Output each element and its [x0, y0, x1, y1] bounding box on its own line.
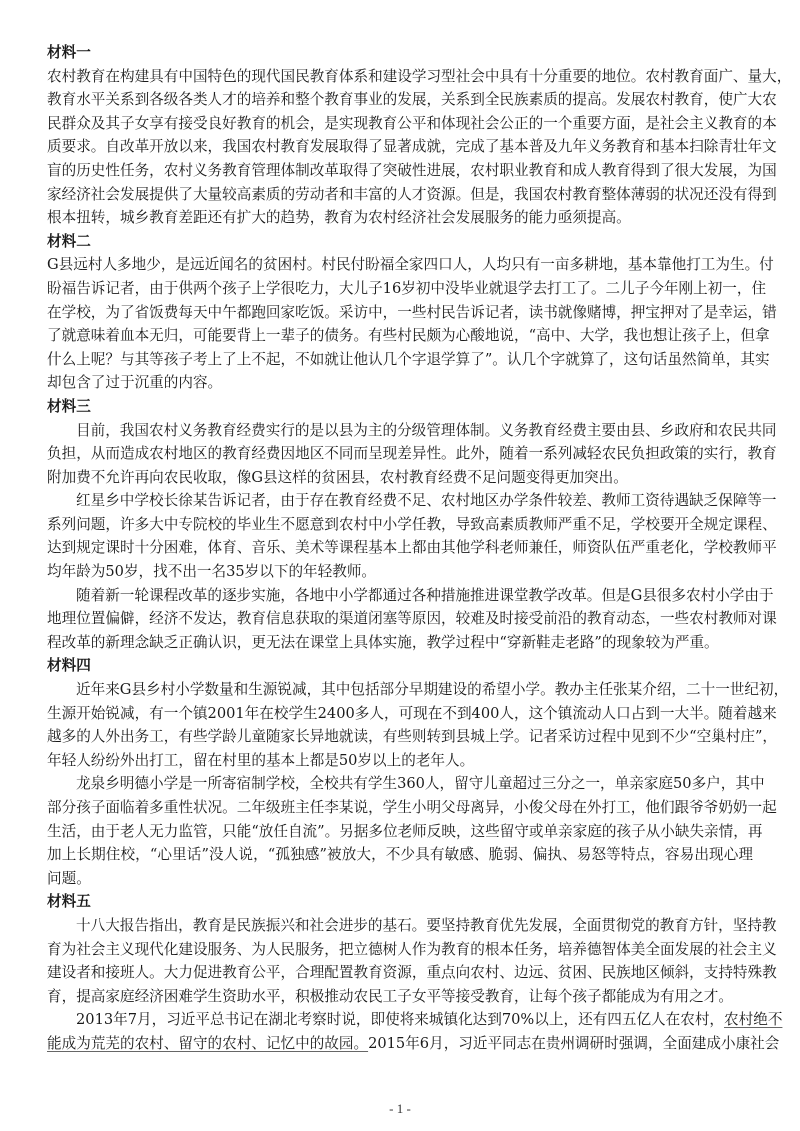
text-line: 生源开始锐减，有一个镇2001年在校学生2400多人，可现在不到400人，这个镇… [47, 702, 753, 726]
section-material-5: 材料五 十八大报告指出，教育是民族振兴和社会进步的基石。要坚持教育优先发展，全面… [47, 890, 753, 1055]
text-line: 教育水平关系到各级各类人才的培养和整个教育事业的发展，关系到全民族素质的提高。发… [47, 88, 753, 112]
section-material-4: 材料四 近年来G县乡村小学数量和生源锐减，其中包括部分早期建设的希望小学。教办主… [47, 654, 753, 890]
text-line: 红星乡中学校长徐某告诉记者，由于存在教育经费不足、农村地区办学条件较差、教师工资… [47, 489, 753, 513]
text-line: 家经济社会发展提供了大量较高素质的劳动者和丰富的人才资源。但是，我国农村教育整体… [47, 183, 753, 207]
text-line: 建设者和接班人。大力促进教育公平，合理配置教育资源，重点向农村、边远、贫困、民族… [47, 961, 753, 985]
text-line: 盲的历史性任务，农村义务教育管理体制改革取得了突破性进展，农村职业教育和成人教育… [47, 159, 753, 183]
paragraph: 红星乡中学校长徐某告诉记者，由于存在教育经费不足、农村地区办学条件较差、教师工资… [47, 489, 753, 583]
text-line: 农村教育在构建具有中国特色的现代国民教育体系和建设学习型社会中具有十分重要的地位… [47, 65, 753, 89]
text-line: 附加费不允许再向农民收取，像G县这样的贫困县，农村教育经费不足问题变得更加突出。 [47, 466, 753, 490]
text-line: 民群众及其子女享有接受良好教育的机会，是实现教育公平和体现社会公正的一个重要方面… [47, 112, 753, 136]
text-line: 地理位置偏僻，经济不发达，教育信息获取的渠道闭塞等原因，较难及时接受前沿的教育动… [47, 607, 753, 631]
text-line: 近年来G县乡村小学数量和生源锐减，其中包括部分早期建设的希望小学。教办主任张某介… [47, 678, 753, 702]
text-line: 越多的人外出务工，有些学龄儿童随家长异地就读，有些则转到县城上学。记者采访过程中… [47, 725, 753, 749]
text-line: 十八大报告指出，教育是民族振兴和社会进步的基石。要坚持教育优先发展，全面贯彻党的… [47, 914, 753, 938]
text-line: 了就意味着血本无归，可能要背上一辈子的债务。有些村民颇为心酸地说，“高中、大学，… [47, 324, 753, 348]
text-line: 目前，我国农村义务教育经费实行的是以县为主的分级管理体制。义务教育经费主要由县、… [47, 419, 753, 443]
text-line: 2013年7月，习近平总书记在湖北考察时说，即使将来城镇化达到70%以上，还有四… [47, 1008, 753, 1032]
text-line: 什么上呢？与其等孩子考上了上不起，不如就让他认几个字退学算了”。认几个字就算了，… [47, 348, 753, 372]
text-line: 龙泉乡明德小学是一所寄宿制学校，全校共有学生360人，留守儿童超过三分之一，单亲… [47, 772, 753, 796]
text-line: 加上长期住校，“心里话”没人说，“孤独感”被放大，不少具有敏感、脆弱、偏执、易怒… [47, 843, 753, 867]
text-line: 问题。 [47, 867, 753, 891]
section-material-1: 材料一 农村教育在构建具有中国特色的现代国民教育体系和建设学习型社会中具有十分重… [47, 41, 753, 230]
text-line: 盼福告诉记者，由于供两个孩子上学很吃力，大儿子16岁初中没毕业就退学去打工了。二… [47, 277, 753, 301]
text-line: 能成为荒芜的农村、留守的农村、记忆中的故园。2015年6月，习近平同志在贵州调研… [47, 1032, 753, 1056]
text-line: 均年龄为50岁，找不出一名35岁以下的年轻教师。 [47, 560, 753, 584]
underlined-quote: 能成为荒芜的农村、留守的农村、记忆中的故园。 [47, 1035, 368, 1052]
section-title: 材料四 [47, 654, 753, 678]
text-line: 质要求。自改革开放以来，我国农村教育发展取得了显著成就，完成了基本普及九年义务教… [47, 135, 753, 159]
paragraph: 2013年7月，习近平总书记在湖北考察时说，即使将来城镇化达到70%以上，还有四… [47, 1008, 753, 1055]
text-run: 2013年7月，习近平总书记在湖北考察时说，即使将来城镇化达到70%以上，还有四… [76, 1011, 724, 1028]
text-line: G县远村人多地少，是远近闻名的贫困村。村民付盼福全家四口人，人均只有一亩多耕地，… [47, 253, 753, 277]
paragraph: 随着新一轮课程改革的逐步实施，各地中小学都通过各种措施推进课堂教学改革。但是G县… [47, 584, 753, 655]
section-material-3: 材料三 目前，我国农村义务教育经费实行的是以县为主的分级管理体制。义务教育经费主… [47, 395, 753, 655]
paragraph: 龙泉乡明德小学是一所寄宿制学校，全校共有学生360人，留守儿童超过三分之一，单亲… [47, 772, 753, 890]
page-number: - 1 - [0, 1101, 800, 1117]
text-line: 程改革的新理念缺乏正确认识，更无法在课堂上具体实施，教学过程中“穿新鞋走老路”的… [47, 631, 753, 655]
section-title: 材料五 [47, 890, 753, 914]
text-line: 系列问题，许多大中专院校的毕业生不愿意到农村中小学任教，导致高素质教师严重不足，… [47, 513, 753, 537]
section-title: 材料一 [47, 41, 753, 65]
text-line: 负担，从而造成农村地区的教育经费因地区不同而呈现差异性。此外，随着一系列减轻农民… [47, 442, 753, 466]
section-material-2: 材料二 G县远村人多地少，是远近闻名的贫困村。村民付盼福全家四口人，人均只有一亩… [47, 230, 753, 395]
text-line: 年轻人纷纷外出打工，留在村里的基本上都是50岁以上的老年人。 [47, 749, 753, 773]
section-title: 材料三 [47, 395, 753, 419]
document-page: 材料一 农村教育在构建具有中国特色的现代国民教育体系和建设学习型社会中具有十分重… [47, 41, 753, 1056]
text-line: 育，提高家庭经济困难学生资助水平，积极推动农民工子女平等接受教育，让每个孩子都能… [47, 985, 753, 1009]
text-line: 在学校，为了省饭费每天中午都跑回家吃饭。采访中，一些村民告诉记者，读书就像赌博，… [47, 301, 753, 325]
paragraph: 近年来G县乡村小学数量和生源锐减，其中包括部分早期建设的希望小学。教办主任张某介… [47, 678, 753, 772]
text-run: 2015年6月，习近平同志在贵州调研时强调，全面建成小康社会 [368, 1035, 779, 1052]
text-line: 达到规定课时十分困难，体育、音乐、美术等课程基本上都由其他学科老师兼任，师资队伍… [47, 536, 753, 560]
section-title: 材料二 [47, 230, 753, 254]
paragraph: 农村教育在构建具有中国特色的现代国民教育体系和建设学习型社会中具有十分重要的地位… [47, 65, 753, 230]
text-line: 育为社会主义现代化建设服务、为人民服务，把立德树人作为教育的根本任务，培养德智体… [47, 938, 753, 962]
paragraph: G县远村人多地少，是远近闻名的贫困村。村民付盼福全家四口人，人均只有一亩多耕地，… [47, 253, 753, 395]
text-line: 随着新一轮课程改革的逐步实施，各地中小学都通过各种措施推进课堂教学改革。但是G县… [47, 584, 753, 608]
text-line: 生活，由于老人无力监管，只能“放任自流”。另据多位老师反映，这些留守或单亲家庭的… [47, 820, 753, 844]
paragraph: 十八大报告指出，教育是民族振兴和社会进步的基石。要坚持教育优先发展，全面贯彻党的… [47, 914, 753, 1008]
underlined-quote: 农村绝不 [724, 1011, 782, 1028]
paragraph: 目前，我国农村义务教育经费实行的是以县为主的分级管理体制。义务教育经费主要由县、… [47, 419, 753, 490]
text-line: 根本扭转，城乡教育差距还有扩大的趋势，教育为农村经济社会发展服务的能力亟须提高。 [47, 206, 753, 230]
text-line: 却包含了过于沉重的内容。 [47, 371, 753, 395]
text-line: 部分孩子面临着多重性状况。二年级班主任李某说，学生小明父母离异，小俊父母在外打工… [47, 796, 753, 820]
